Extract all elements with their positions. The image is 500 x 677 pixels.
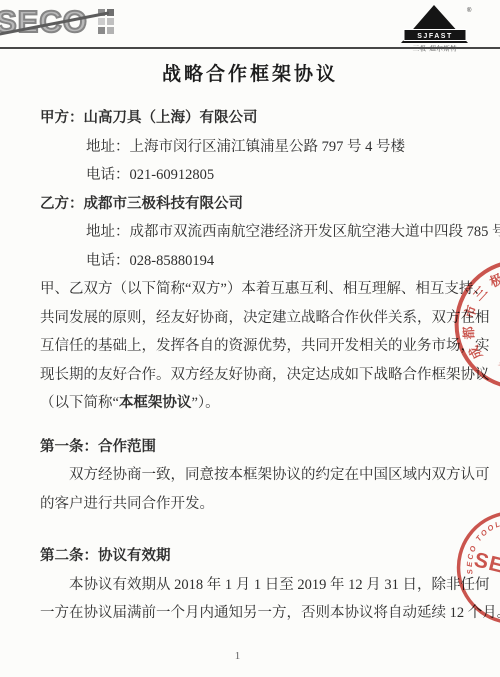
- triangle-logo: ® SJFAST 三极·超尔斯特: [396, 3, 474, 55]
- triangle-tagline: 三极·超尔斯特: [413, 44, 458, 53]
- preamble-last-post: ”）。: [191, 395, 219, 411]
- document-title: 战略合作框架协议: [0, 59, 500, 86]
- address-label: 地址：: [86, 224, 130, 240]
- registered-mark: ®: [467, 7, 472, 14]
- section-1-line: 双方经协商一致，同意按本框架协议的约定在中国区域内双方认可: [40, 461, 472, 490]
- preamble-line: 甲、乙双方（以下简称“双方”）本着互惠互利、相互理解、相互支持、: [40, 275, 472, 304]
- section-1-heading: 第一条：合作范围: [40, 433, 472, 462]
- party-a-name: 山高刀具（上海）有限公司: [84, 110, 258, 126]
- phone-label: 电话：: [86, 253, 130, 269]
- section-2-heading: 第二条：协议有效期: [40, 542, 472, 571]
- document-body: 甲方：山高刀具（上海）有限公司 地址：上海市闵行区浦江镇浦星公路 797 号 4…: [40, 104, 472, 628]
- party-b-name: 成都市三极科技有限公司: [84, 196, 244, 212]
- contract-scan-page: { "page": { "title": "战略合作框架协议", "page_n…: [0, 0, 500, 677]
- page-number: 1: [0, 650, 475, 662]
- party-b-address-line: 地址：成都市双流西南航空港经济开发区航空港大道中四段 785 号: [40, 218, 472, 247]
- party-a-line: 甲方：山高刀具（上海）有限公司: [40, 104, 472, 133]
- seal-center-text: SECO: [472, 548, 500, 586]
- phone-label: 电话：: [86, 167, 130, 183]
- address-label: 地址：: [86, 139, 130, 155]
- party-b-role-label: 乙方：: [40, 196, 84, 212]
- preamble-paragraph: 甲、乙双方（以下简称“双方”）本着互惠互利、相互理解、相互支持、 共同发展的原则…: [40, 275, 472, 418]
- section-scope: 第一条：合作范围 双方经协商一致，同意按本框架协议的约定在中国区域内双方认可 的…: [40, 433, 472, 519]
- preamble-last-pre: （以下简称“: [40, 395, 119, 411]
- section-2-line: 本协议有效期从 2018 年 1 月 1 日至 2019 年 12 月 31 日…: [40, 571, 472, 600]
- preamble-last-line: （以下简称“本框架协议”）。: [40, 389, 472, 418]
- section-validity: 第二条：协议有效期 本协议有效期从 2018 年 1 月 1 日至 2019 年…: [40, 542, 472, 628]
- party-b-phone-line: 电话：028-85880194: [40, 247, 472, 276]
- preamble-line: 共同发展的原则，经友好协商，决定建立战略合作伙伴关系，双方在相: [40, 304, 472, 333]
- party-a-role-label: 甲方：: [40, 110, 84, 126]
- preamble-line: 互信任的基础上，发挥各自的资源优势，共同开发相关的业务市场，实: [40, 332, 472, 361]
- preamble-line: 现长期的友好合作。双方经友好协商，决定达成如下战略合作框架协议: [40, 361, 472, 390]
- party-a-phone: 021-60912805: [130, 167, 215, 183]
- section-1-line: 的客户进行共同合作开发。: [40, 490, 472, 519]
- banner-text: SJFAST: [417, 33, 452, 40]
- framework-term: 本框架协议: [119, 395, 192, 411]
- section-2-line: 一方在协议届满前一个月内通知另一方，否则本协议将自动延续 12 个月。: [40, 599, 472, 628]
- party-b-line: 乙方：成都市三极科技有限公司: [40, 190, 472, 219]
- party-a-address-line: 地址：上海市闵行区浦江镇浦星公路 797 号 4 号楼: [40, 133, 472, 162]
- party-b-address: 成都市双流西南航空港经济开发区航空港大道中四段 785 号: [130, 224, 500, 240]
- party-a-address: 上海市闵行区浦江镇浦星公路 797 号 4 号楼: [130, 139, 406, 155]
- party-b-phone: 028-85880194: [130, 253, 215, 269]
- seal-code-text: 3101: [496, 359, 500, 375]
- party-a-phone-line: 电话：021-60912805: [40, 161, 472, 190]
